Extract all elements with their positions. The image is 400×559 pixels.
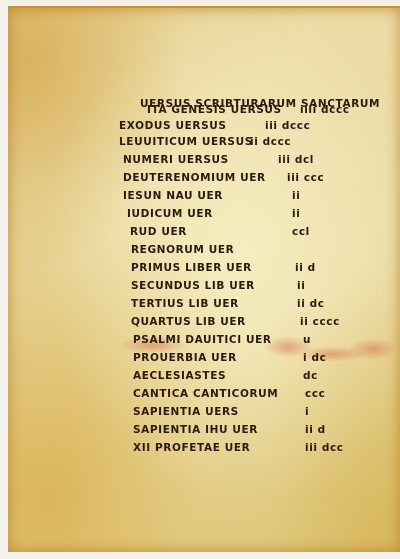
book-title: XII PROFETAE UER	[133, 442, 250, 454]
book-title: PSALMI DAUITICI UER	[133, 334, 272, 346]
verse-count: I	[305, 406, 309, 418]
verse-count: II	[292, 208, 300, 220]
verse-count: III DCCC	[265, 120, 310, 132]
book-title: IESUN NAU UER	[123, 190, 223, 202]
verse-count: II D	[295, 262, 316, 274]
verse-count: U	[303, 334, 311, 346]
book-title: RUD UER	[130, 226, 187, 238]
book-title: TERTIUS LIB UER	[131, 298, 239, 310]
book-title: QUARTUS LIB UER	[131, 316, 246, 328]
verse-count: III DCC	[305, 442, 344, 454]
verse-count: II	[292, 190, 300, 202]
verse-count: II CCCC	[300, 316, 340, 328]
verse-count: III CCC	[287, 172, 324, 184]
book-title: DEUTERENOMIUM UER	[123, 172, 266, 184]
book-title: NUMERI UERSUS	[123, 154, 229, 166]
book-title: PROUERBIA UER	[133, 352, 237, 364]
book-title: SECUNDUS LIB UER	[131, 280, 255, 292]
verse-count: DC	[303, 370, 318, 382]
book-title: SAPIENTIA IHU UER	[133, 424, 258, 436]
book-title: ITA GENESIS UERSUS	[147, 104, 282, 116]
verse-count: II D	[305, 424, 326, 436]
book-title: CANTICA CANTICORUM	[133, 388, 278, 400]
verse-count: I DC	[303, 352, 326, 364]
verse-count: II DC	[297, 298, 325, 310]
book-title: REGNORUM UER	[131, 244, 234, 256]
verse-count: II DCCC	[250, 136, 291, 148]
verse-count: III DCL	[278, 154, 314, 166]
verse-count: II	[297, 280, 305, 292]
book-title: IUDICUM UER	[127, 208, 213, 220]
book-title: EXODUS UERSUS	[119, 120, 227, 132]
verse-count: IIII DCCC	[300, 104, 350, 116]
book-title: AECLESIASTES	[133, 370, 226, 382]
verse-count: CCC	[305, 388, 325, 400]
book-title: LEUUITICUM UERSUS	[119, 136, 253, 148]
book-title: SAPIENTIA UERS	[133, 406, 239, 418]
book-title: PRIMUS LIBER UER	[131, 262, 252, 274]
verse-count: CCL	[292, 226, 310, 238]
manuscript-page	[8, 6, 400, 552]
